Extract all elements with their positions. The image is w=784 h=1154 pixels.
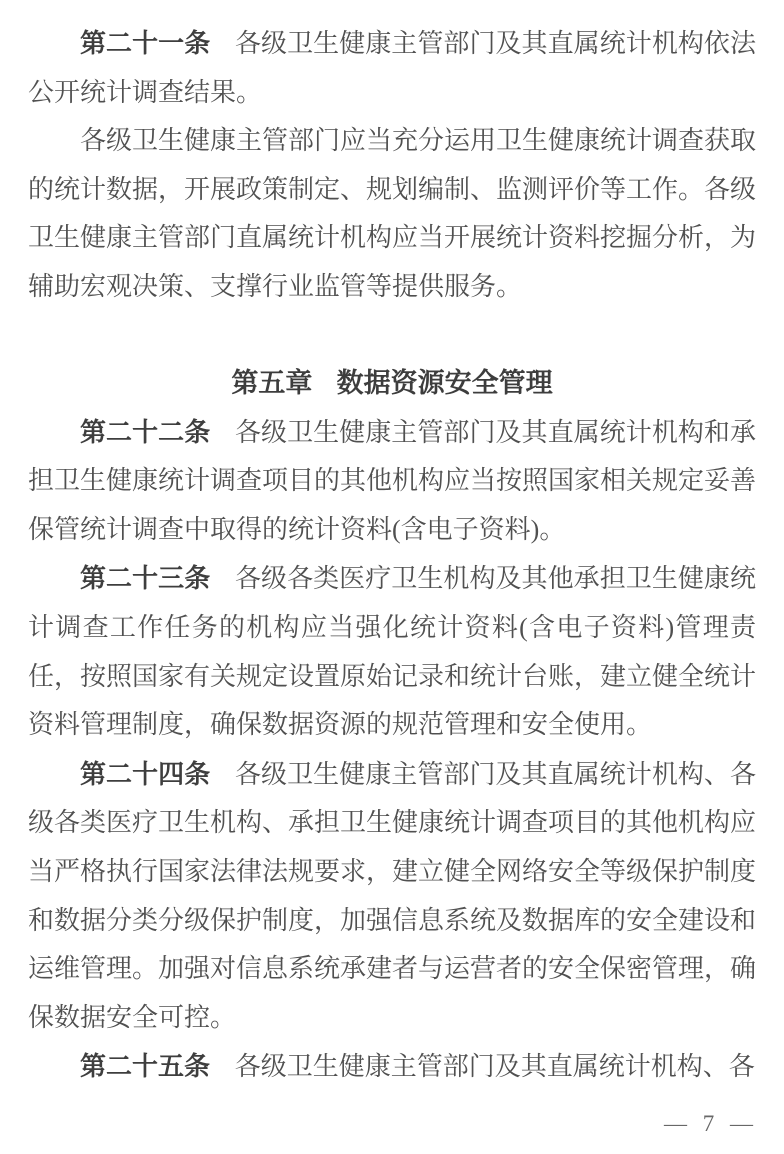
article-24-number: 第二十四条: [80, 759, 210, 789]
document-page: 第二十一条各级卫生健康主管部门及其直属统计机构依法公开统计调查结果。 各级卫生健…: [0, 0, 784, 1154]
article-23-number: 第二十三条: [80, 563, 210, 593]
chapter-number: 第五章: [231, 368, 312, 398]
chapter-heading: 第五章数据资源安全管理: [28, 359, 756, 408]
article-25-paragraph-truncated: 第二十五条各级卫生健康主管部门及其直属统计机构、各: [28, 1042, 756, 1092]
article-25-text: 各级卫生健康主管部门及其直属统计机构、各: [235, 1052, 755, 1081]
article-22-paragraph: 第二十二条各级卫生健康主管部门及其直属统计机构和承担卫生健康统计调查项目的其他机…: [28, 408, 756, 555]
page-number: — 7 —: [664, 1111, 758, 1137]
chapter-title: 数据资源安全管理: [337, 368, 553, 398]
article-21-paragraph: 第二十一条各级卫生健康主管部门及其直属统计机构依法公开统计调查结果。: [28, 19, 756, 117]
article-25-number: 第二十五条: [80, 1051, 210, 1081]
article-24-paragraph: 第二十四条各级卫生健康主管部门及其直属统计机构、各级各类医疗卫生机构、承担卫生健…: [28, 750, 756, 1043]
body-paragraph-text: 各级卫生健康主管部门应当充分运用卫生健康统计调查获取的统计数据，开展政策制定、规…: [28, 126, 756, 301]
body-paragraph: 各级卫生健康主管部门应当充分运用卫生健康统计调查获取的统计数据，开展政策制定、规…: [28, 117, 756, 311]
article-21-number: 第二十一条: [80, 28, 210, 58]
article-24-text: 各级卫生健康主管部门及其直属统计机构、各级各类医疗卫生机构、承担卫生健康统计调查…: [28, 760, 756, 1032]
article-22-number: 第二十二条: [80, 417, 210, 447]
article-23-paragraph: 第二十三条各级各类医疗卫生机构及其他承担卫生健康统计调查工作任务的机构应当强化统…: [28, 554, 756, 749]
